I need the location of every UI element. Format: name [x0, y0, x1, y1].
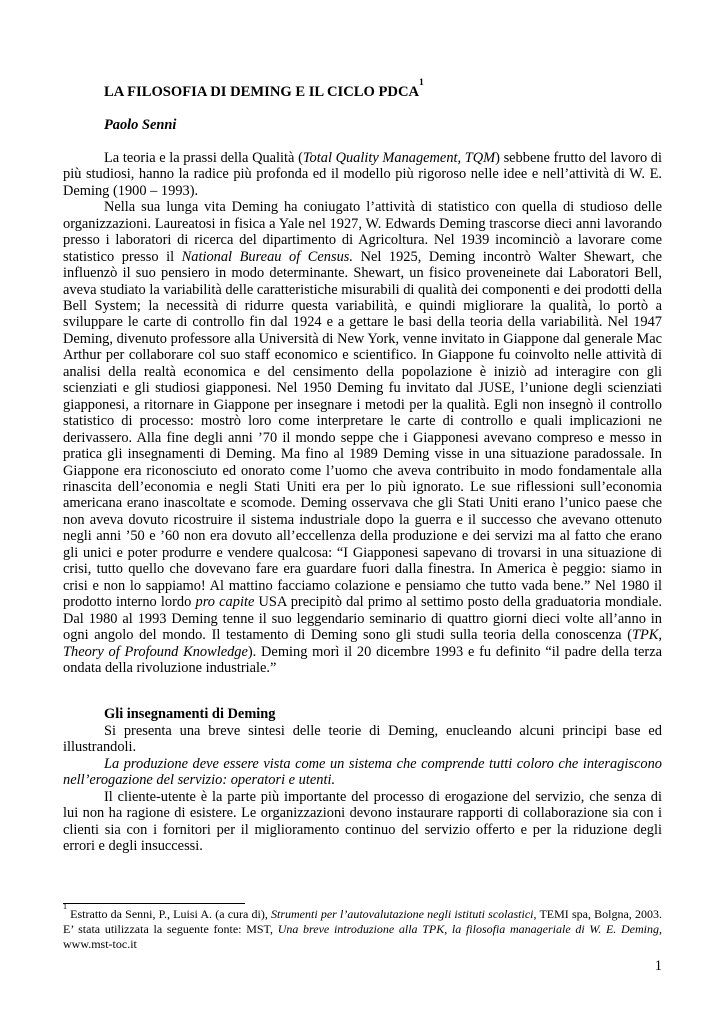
footnote-separator: [63, 903, 245, 904]
footnote-ref: 1: [63, 902, 67, 911]
text-run-italic: pro capite: [196, 594, 255, 610]
paragraph-intro: La teoria e la prassi della Qualità (Tot…: [63, 150, 662, 199]
title-footnote-ref: 1: [419, 78, 424, 88]
paragraph-summary: Si presenta una breve sintesi delle teor…: [63, 723, 662, 756]
footnote: 1 Estratto da Senni, P., Luisi A. (a cur…: [63, 907, 662, 951]
author-line: Paolo Senni: [63, 117, 662, 133]
text-run-italic: Total Quality Management, TQM: [303, 150, 495, 166]
section-heading: Gli insegnamenti di Deming: [63, 706, 662, 722]
text-run-italic: Strumenti per l’autovalutazione negli is…: [271, 907, 534, 921]
paragraph-client: Il cliente-utente è la parte più importa…: [63, 789, 662, 855]
text-run-italic: Una breve introduzione alla TPK, la filo…: [278, 922, 662, 936]
paragraph-principle: La produzione deve essere vista come un …: [63, 756, 662, 789]
text-run: Estratto da Senni, P., Luisi A. (a cura …: [67, 907, 271, 921]
document-page: LA FILOSOFIA DI DEMING E IL CICLO PDCA1 …: [0, 0, 724, 1024]
text-run: Nel 1925, Deming incontrò Walter Shewart…: [63, 249, 662, 611]
text-run: www.mst-toc.it: [63, 937, 137, 951]
text-run-italic: National Bureau of Census.: [182, 249, 353, 265]
document-title-text: LA FILOSOFIA DI DEMING E IL CICLO PDCA: [104, 84, 419, 100]
text-run: La teoria e la prassi della Qualità (: [104, 150, 303, 166]
page-number: 1: [63, 958, 662, 974]
paragraph-biography: Nella sua lunga vita Deming ha coniugato…: [63, 199, 662, 676]
document-title: LA FILOSOFIA DI DEMING E IL CICLO PDCA1: [63, 84, 662, 100]
page-content: LA FILOSOFIA DI DEMING E IL CICLO PDCA1 …: [63, 84, 662, 854]
